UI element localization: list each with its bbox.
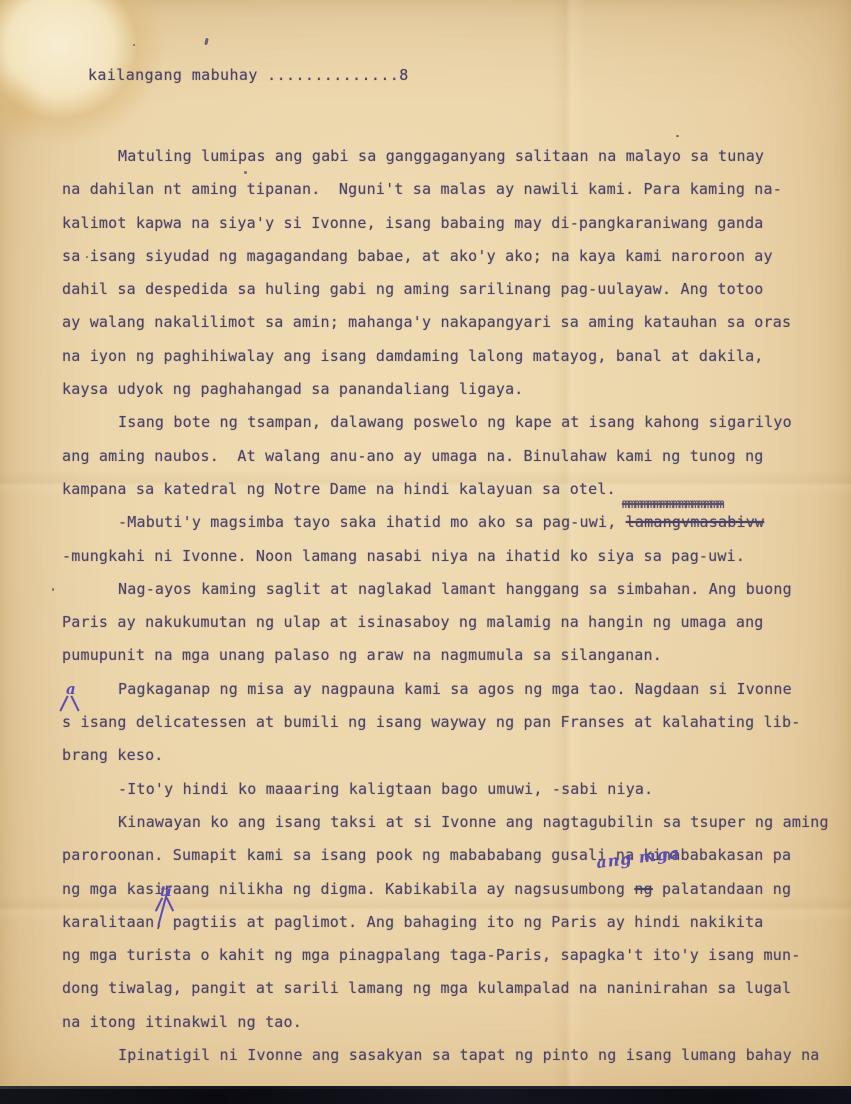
scan-edge-band [0, 1086, 851, 1104]
text-line: -mungkahi ni Ivonne. Noon lamang nasabi … [62, 540, 822, 573]
text-line: Ipinatigil ni Ivonne ang sasakyan sa tap… [62, 1039, 822, 1072]
text-line: na iyon ng paghihiwalay ang isang damdam… [62, 340, 822, 373]
stray-ink-mark [204, 38, 209, 46]
text-line: ng mga kasiraang nilikha ng digma. Kabik… [62, 873, 822, 906]
text-line: ng mga turista o kahit ng mga pinagpalan… [62, 939, 822, 972]
text-line: pumupunit na mga unang palaso ng araw na… [62, 639, 822, 672]
text-line: kaysa udyok ng paghahangad sa panandalia… [62, 373, 822, 406]
text-line: kalimot kapwa na siya'y si Ivonne, isang… [62, 207, 822, 240]
manuscript-page: kailangang mabuhay ..............8 Matul… [0, 0, 851, 1104]
handwritten-insertion-ti: ti [160, 884, 172, 900]
text-line: sa isang siyudad ng magagandang babae, a… [62, 240, 822, 273]
text-line: dahil sa despedida sa huling gabi ng ami… [62, 273, 822, 306]
text-line: dong tiwalag, pangit at sarili lamang ng… [62, 972, 822, 1005]
handwritten-letter: ti [160, 884, 172, 900]
text-line: Isang bote ng tsampan, dalawang poswelo … [62, 406, 822, 439]
text-line: paroroonan. Sumapit kami sa isang pook n… [62, 839, 822, 872]
text-line: kampana sa katedral ng Notre Dame na hin… [62, 473, 822, 506]
text-line: na dahilan nt aming tipanan. Nguni't sa … [62, 173, 822, 206]
handwritten-letter: a [66, 680, 76, 698]
text-line: Pagkaganap ng misa ay nagpauna kami sa a… [62, 673, 822, 706]
text-line: ay walang nakalilimot sa amin; mahanga'y… [62, 306, 822, 339]
text-line: karalitaan, pagtiis at paglimot. Ang bah… [62, 906, 822, 939]
paper-speck [52, 588, 54, 591]
text-line: -Ito'y hindi ko maaaring kaligtaan bago … [62, 773, 822, 806]
typed-crossout-mark: mmmmmmmmmmmmmmmm [622, 500, 723, 510]
text-line: na itong itinakwil ng tao. [62, 1006, 822, 1039]
typed-lines: Matuling lumipas ang gabi sa ganggaganya… [62, 140, 822, 1072]
paper-speck [133, 44, 135, 46]
text-line: ang aming naubos. At walang anu-ano ay u… [62, 440, 822, 473]
text-line: brang keso. [62, 739, 822, 772]
text-line: s isang delicatessen at bumili ng isang … [62, 706, 822, 739]
text-line: Paris ay nakukumutan ng ulap at isinasab… [62, 606, 822, 639]
text-line: Kinawayan ko ang isang taksi at si Ivonn… [62, 806, 822, 839]
text-line: Matuling lumipas ang gabi sa ganggaganya… [62, 140, 822, 173]
text-line: Nag-ayos kaming saglit at naglakad laman… [62, 573, 822, 606]
running-header: kailangang mabuhay ..............8 [88, 66, 409, 84]
paper-speck [676, 135, 679, 137]
handwritten-insertion-caret: a [62, 680, 72, 698]
